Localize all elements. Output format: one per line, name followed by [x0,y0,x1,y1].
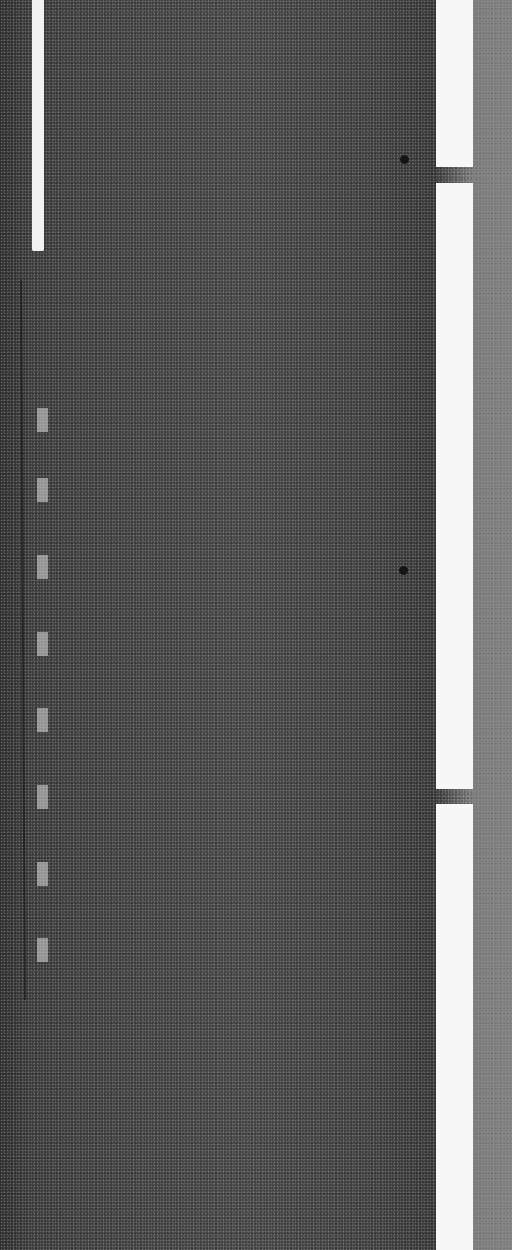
left-dashed-marking [37,785,48,809]
road-scene [0,0,512,1250]
left-dashed-marking [37,408,48,432]
right-edge-line-segment [436,0,473,167]
left-dashed-marking [37,862,48,886]
left-dashed-marking [37,632,48,656]
right-edge-line-segment [436,804,473,1250]
left-solid-lane-line [32,0,44,251]
road-shoulder [472,0,512,1250]
left-dashed-marking [37,938,48,962]
left-dashed-marking [37,555,48,579]
road-stain [399,566,408,575]
road-stain [400,155,409,164]
left-dashed-marking [37,708,48,732]
right-edge-line-segment [436,183,473,789]
left-dashed-marking [37,478,48,502]
